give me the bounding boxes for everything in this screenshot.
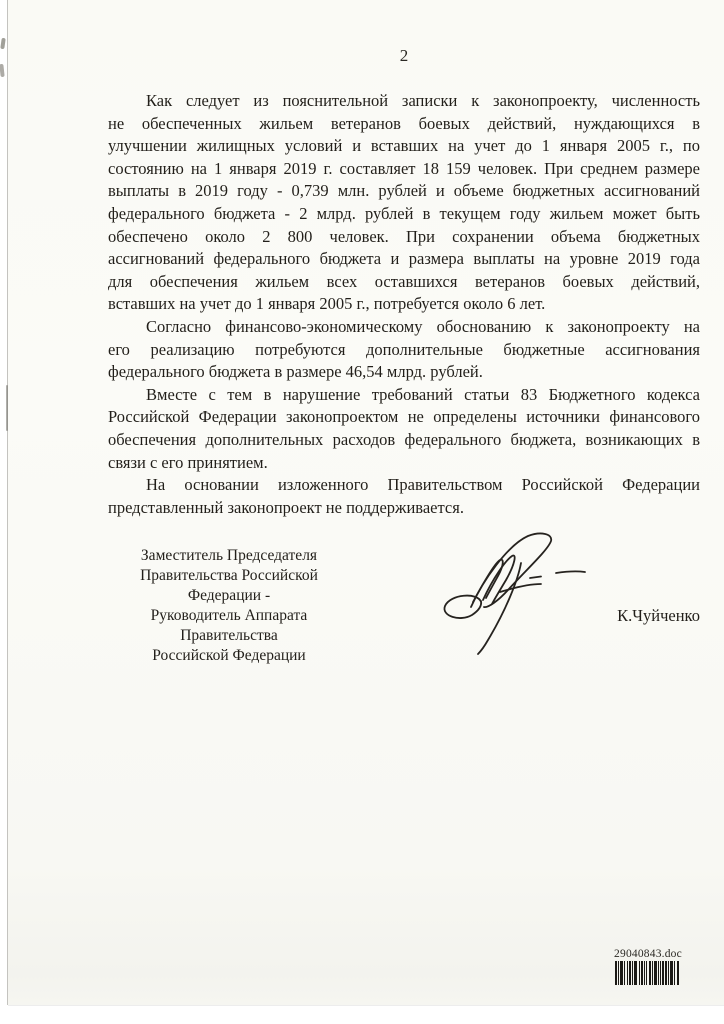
signature-upstroke-1	[473, 560, 503, 602]
signatory-name: К.Чуйченко	[558, 606, 700, 626]
body-line: обеспечения дополнительных расходов феде…	[108, 429, 700, 452]
scan-edge-line	[7, 0, 8, 1005]
footer-filename: 29040843.doc	[604, 948, 692, 960]
body-line: вставших на учет до 1 января 2005 г., по…	[108, 293, 700, 316]
body-line: состоянию на 1 января 2019 г. составляет…	[108, 158, 700, 181]
body-line: Российской Федерации законопроектом не о…	[108, 406, 700, 429]
body-line: не обеспеченных жильем ветеранов боевых …	[108, 113, 700, 136]
body-line: Как следует из пояснительной записки к з…	[108, 90, 700, 113]
signature-tail-stroke	[478, 563, 521, 654]
body-line: представленный законопроект не поддержив…	[108, 497, 700, 520]
barcode	[615, 961, 681, 985]
body-line: На основании изложенного Правительством …	[108, 474, 700, 497]
body-line: Согласно финансово-экономическому обосно…	[108, 316, 700, 339]
body-line: федерального бюджета в размере 46,54 млр…	[108, 361, 700, 384]
page-number: 2	[108, 46, 700, 66]
body-line: Вместе с тем в нарушение требований стат…	[108, 384, 700, 407]
document-body: Как следует из пояснительной записки к з…	[108, 90, 700, 519]
body-line: выплаты в 2019 году - 0,739 млн. рублей …	[108, 180, 700, 203]
body-line: связи с его принятием.	[108, 452, 700, 475]
signature-long-dash	[556, 571, 585, 573]
signature-crossbar-stroke	[500, 584, 541, 592]
body-line: федерального бюджета - 2 млрд. рублей в …	[108, 203, 700, 226]
signatory-title-line: Российской Федерации	[103, 646, 355, 666]
signatory-title-line: Руководитель Аппарата Правительства	[103, 606, 355, 646]
body-line: улучшении жилищных условий и вставших на…	[108, 135, 700, 158]
signatory-title-line: Правительства Российской Федерации -	[103, 566, 355, 606]
body-line: обеспечено около 2 800 человек. При сохр…	[108, 226, 700, 249]
scan-speck	[0, 64, 5, 77]
document-footer: 29040843.doc	[604, 948, 692, 985]
handwritten-signature	[438, 510, 598, 670]
signatory-title-block: Заместитель ПредседателяПравительства Ро…	[103, 546, 355, 666]
body-line: для обеспечения жильем всех оставшихся в…	[108, 271, 700, 294]
scan-speck	[0, 38, 5, 49]
scanned-page: 2 Как следует из пояснительной записки к…	[8, 0, 724, 1005]
barcode-bar	[677, 961, 679, 985]
body-line: его реализацию потребуются дополнительны…	[108, 339, 700, 362]
scan-edge-mark	[6, 385, 8, 431]
signature-short-dash	[530, 577, 541, 579]
signatory-title-line: Заместитель Председателя	[103, 546, 355, 566]
body-line: ассигнований федерального бюджета и разм…	[108, 248, 700, 271]
